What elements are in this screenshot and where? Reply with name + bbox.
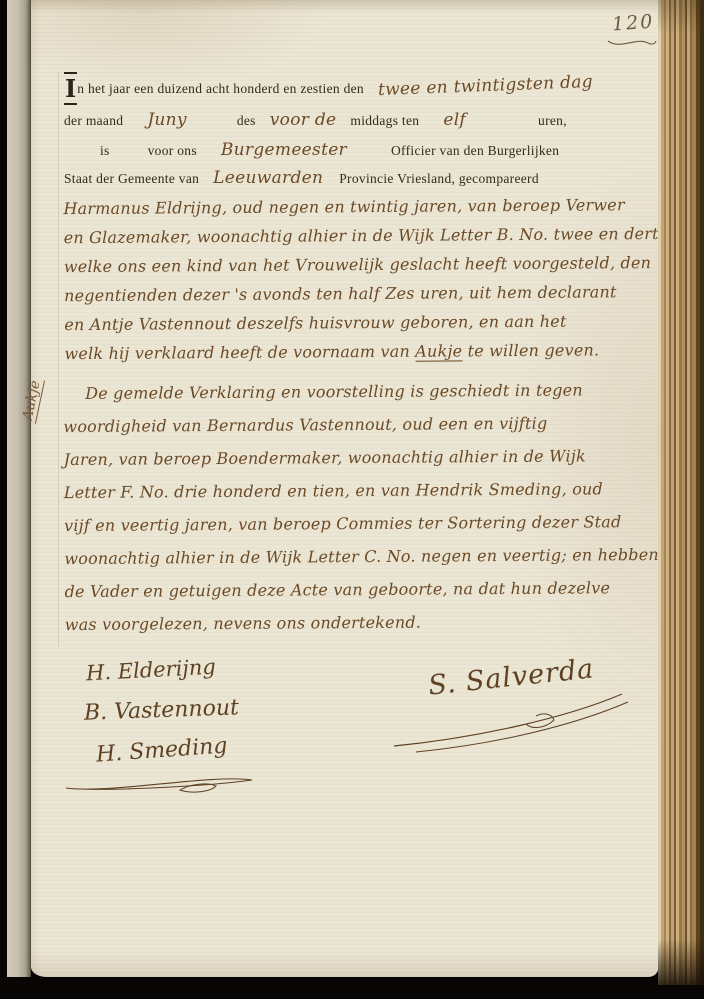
printed-text: der maand — [64, 113, 123, 128]
handwritten-line: en Antje Vastennout deszelfs huisvrouw g… — [64, 311, 681, 344]
printed-text: des — [237, 113, 256, 128]
printed-text: Staat der Gemeente van — [64, 171, 199, 186]
form-line-1: In het jaar een duizend acht honderd en … — [64, 78, 593, 98]
margin-rule-line — [58, 72, 59, 647]
handwritten-daypart: voor de — [270, 110, 337, 130]
handwritten-line: was voorgelezen, nevens ons ondertekend. — [65, 611, 660, 648]
signature-flourish-left — [60, 768, 260, 796]
handwritten-line: negentienden dezer 's avonds ten half Ze… — [64, 282, 681, 315]
handwritten-line: woonachtig alhier in de Wijk Letter C. N… — [64, 545, 659, 582]
handwritten-line: vijf en veertig jaren, van beroep Commie… — [64, 512, 659, 549]
handwritten-line: Jaren, van beroep Boendermaker, woonacht… — [64, 446, 659, 483]
form-line-4: Staat der Gemeente van Leeuwarden Provin… — [64, 168, 539, 188]
printed-text: n het jaar een duizend acht honderd en z… — [77, 81, 364, 96]
printed-text: voor ons — [148, 143, 197, 158]
handwritten-hour: elf — [443, 110, 466, 130]
child-name-underlined: Aukje — [415, 341, 462, 361]
handwritten-line-with-name: welk hij verklaard heeft de voornaam van… — [64, 340, 681, 373]
page-number: 120 — [611, 11, 655, 36]
handwritten-paragraph-witnesses: De gemelde Verklaring en voorstelling is… — [63, 380, 659, 648]
previous-page-edge — [7, 0, 31, 977]
scanned-register-page: 120 Aukje In het jaar een duizend acht h… — [0, 0, 704, 999]
handwritten-line: De gemelde Verklaring en voorstelling is… — [63, 380, 658, 417]
signature-flourish-registrar — [386, 688, 636, 756]
handwritten-line: en Glazemaker, woonachtig alhier in de W… — [64, 224, 681, 257]
handwritten-line: woordigheid van Bernardus Vastennout, ou… — [63, 413, 658, 450]
handwritten-text: welk hij verklaard heeft de voornaam van — [64, 342, 415, 363]
handwritten-month: Juny — [147, 110, 187, 130]
handwritten-line: Harmanus Eldrijng, oud negen en twintig … — [63, 195, 680, 228]
printed-text: Provincie Vriesland, gecompareerd — [339, 171, 539, 186]
form-line-2: der maand Juny des voor de middags ten e… — [64, 110, 567, 130]
handwritten-line: welke ons een kind van het Vrouwelijk ge… — [64, 253, 681, 286]
handwritten-municipality: Leeuwarden — [213, 168, 323, 188]
printed-text: Officier van den Burgerlijken — [391, 143, 559, 158]
handwritten-text: te willen geven. — [462, 340, 599, 360]
decorative-initial: I — [64, 72, 77, 105]
printed-text: is — [100, 143, 110, 158]
handwritten-line: de Vader en getuigen deze Acte van geboo… — [64, 578, 659, 615]
book-fore-edge — [658, 0, 704, 985]
page-number-flourish — [606, 36, 658, 52]
handwritten-paragraph-declaration: Harmanus Eldrijng, oud negen en twintig … — [63, 195, 681, 373]
printed-text: middags ten — [350, 113, 419, 128]
printed-text: uren, — [538, 113, 567, 128]
form-line-3: is voor ons Burgemeester Officier van de… — [100, 140, 559, 160]
handwritten-official-title: Burgemeester — [221, 140, 347, 160]
handwritten-line: Letter F. No. drie honderd en tien, en v… — [64, 479, 659, 516]
